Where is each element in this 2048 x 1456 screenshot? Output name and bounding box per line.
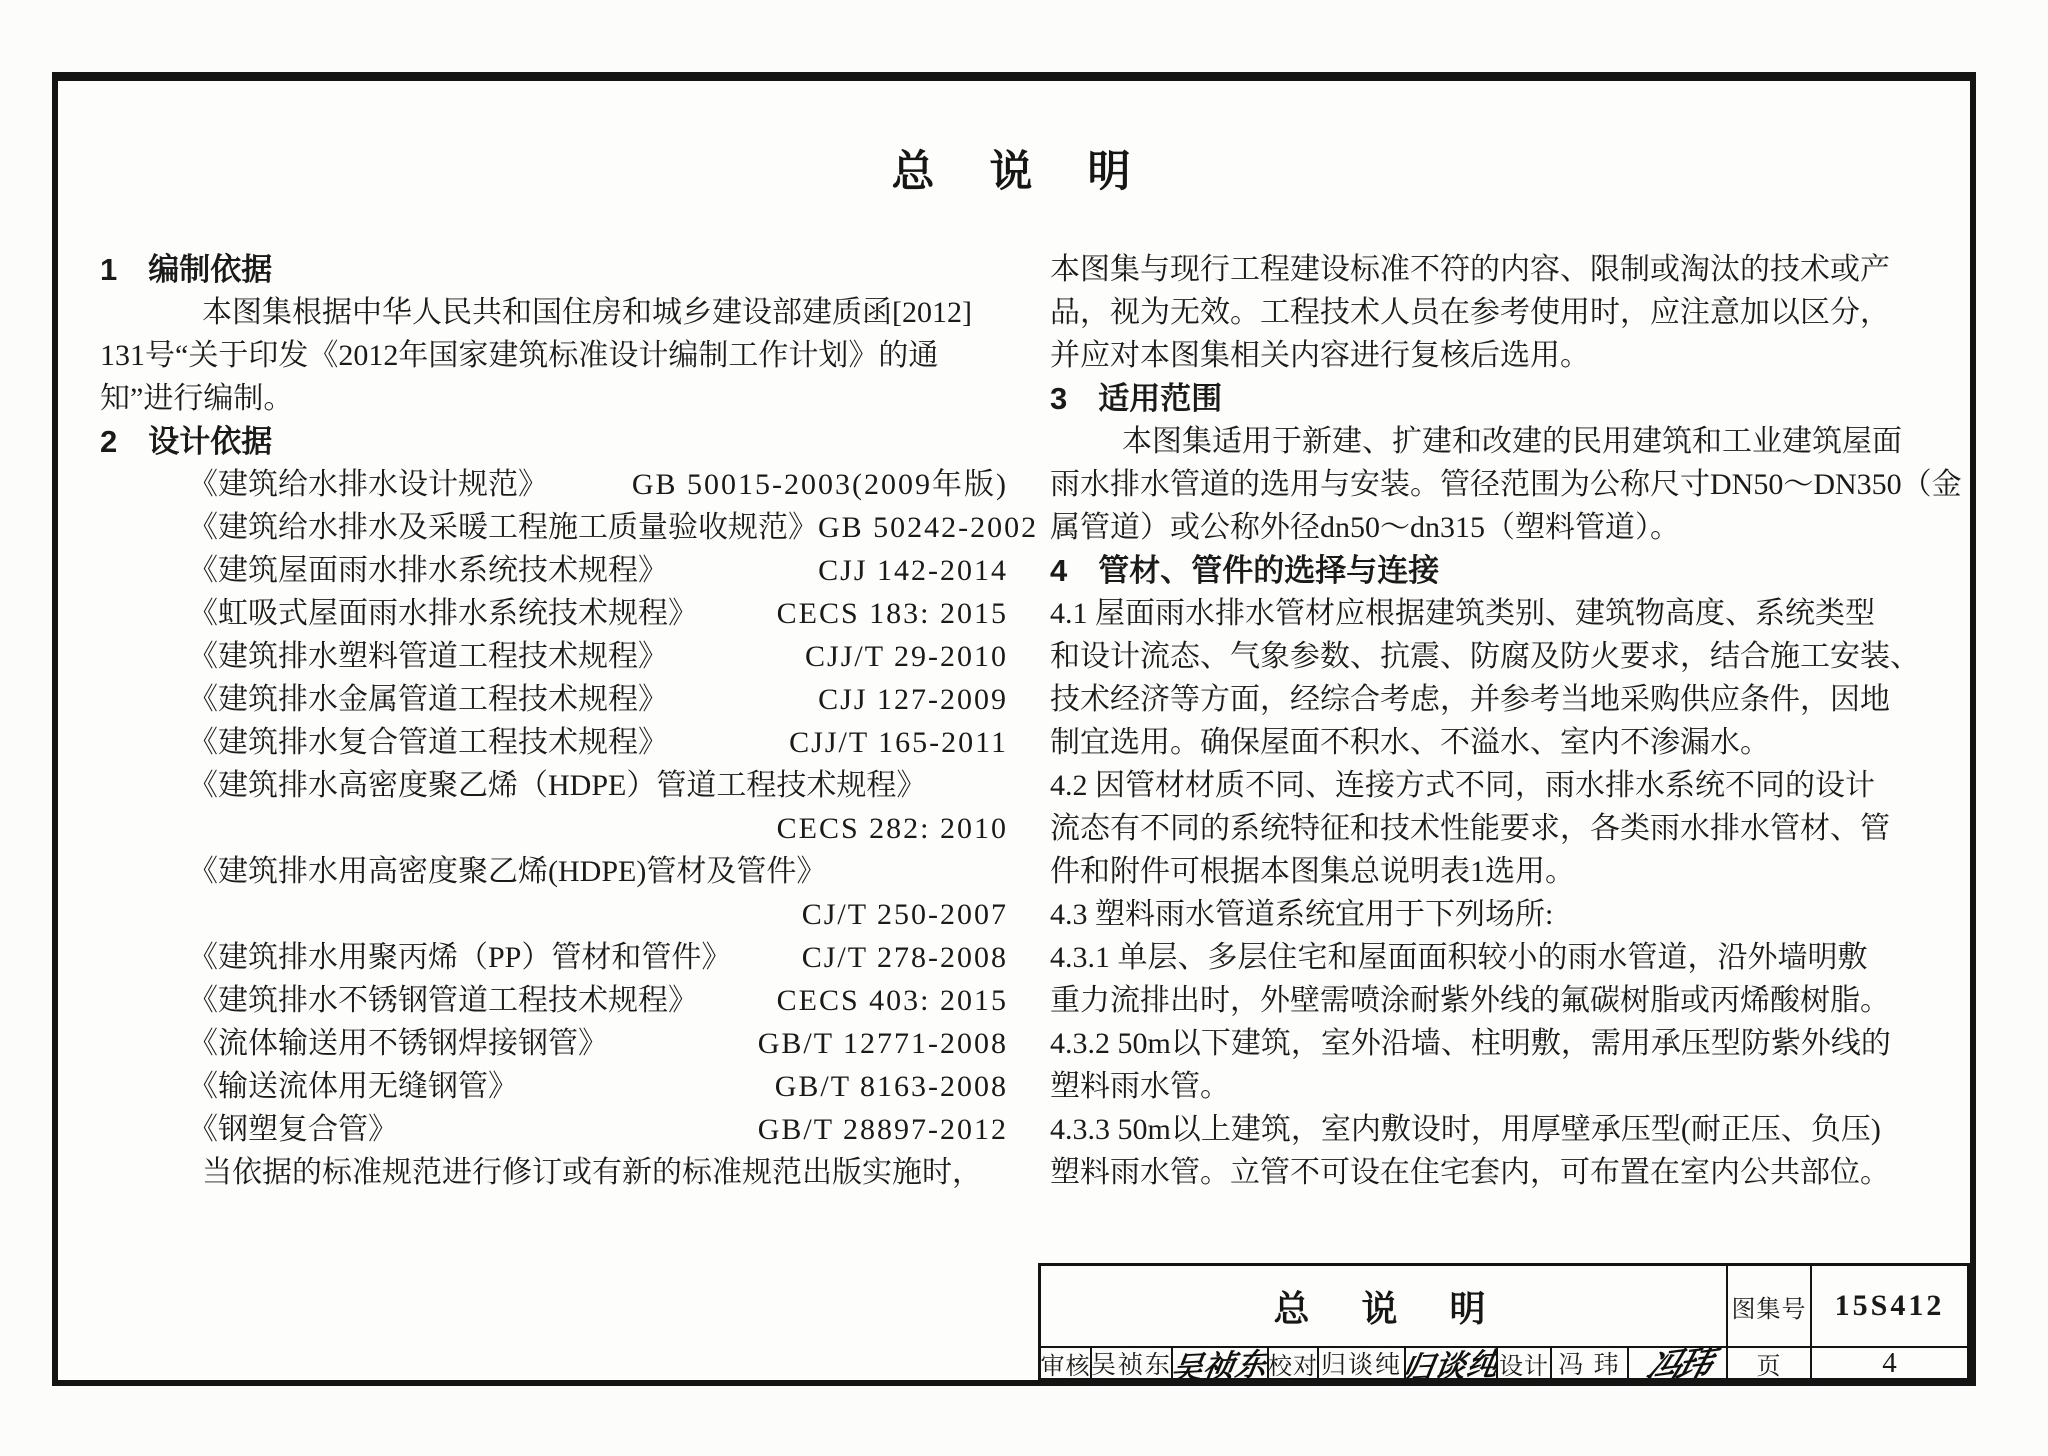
standard-name: 《建筑排水用高密度聚乙烯(HDPE)管材及管件》	[188, 850, 826, 893]
left-text-column: 1 编制依据本图集根据中华人民共和国住房和城乡建设部建质函[2012]131号“…	[100, 248, 1008, 1194]
standard-code: GB/T 8163-2008	[775, 1065, 1008, 1108]
standard-name: 《钢塑复合管》	[188, 1108, 398, 1151]
designer-signature-text: 冯玮	[1637, 1346, 1717, 1378]
text-line: 《输送流体用无缝钢管》GB/T 8163-2008	[100, 1065, 1008, 1108]
text-line: 雨水排水管道的选用与安装。管径范围为公称尺寸DN50～DN350（金	[1050, 463, 1962, 506]
text-line: 知”进行编制。	[100, 377, 1008, 420]
text-line: 《钢塑复合管》GB/T 28897-2012	[100, 1108, 1008, 1151]
standard-code: CJ/T 278-2008	[802, 936, 1008, 979]
text-line: 本图集适用于新建、扩建和改建的民用建筑和工业建筑屋面	[1050, 420, 1962, 463]
text-line: 《建筑排水不锈钢管道工程技术规程》CECS 403: 2015	[100, 979, 1008, 1022]
text-line: 并应对本图集相关内容进行复核后选用。	[1050, 334, 1962, 377]
standard-name: 《建筑给水排水及采暖工程施工质量验收规范》	[188, 506, 818, 549]
text-line: 制宜选用。确保屋面不积水、不溢水、室内不渗漏水。	[1050, 721, 1962, 764]
text-line: 品，视为无效。工程技术人员在参考使用时，应注意加以区分，	[1050, 291, 1962, 334]
standard-name: 《流体输送用不锈钢焊接钢管》	[188, 1022, 608, 1065]
text-line: 技术经济等方面，经综合考虑，并参考当地采购供应条件，因地	[1050, 678, 1962, 721]
standard-name: 《输送流体用无缝钢管》	[188, 1065, 518, 1108]
scanned-sheet: { "page_title": "总 说 明", "left_column": …	[0, 0, 2048, 1456]
text-line: 属管道）或公称外径dn50～dn315（塑料管道）。	[1050, 506, 1962, 549]
text-line: 当依据的标准规范进行修订或有新的标准规范出版实施时，	[100, 1151, 1008, 1194]
text-line: 《建筑屋面雨水排水系统技术规程》CJJ 142-2014	[100, 549, 1008, 592]
text-line: 4.3.1 单层、多层住宅和屋面面积较小的雨水管道，沿外墙明敷	[1050, 936, 1962, 979]
page-title: 总 说 明	[58, 138, 1970, 199]
atlas-number-value: 15S412	[1810, 1266, 1967, 1346]
right-text-column: 本图集与现行工程建设标准不符的内容、限制或淘汰的技术或产品，视为无效。工程技术人…	[1050, 248, 1962, 1194]
designer-name: 冯 玮	[1550, 1346, 1627, 1378]
standard-code: CJJ 127-2009	[818, 678, 1008, 721]
text-line: CJ/T 250-2007	[100, 893, 1008, 936]
standard-code: CJ/T 250-2007	[802, 893, 1008, 936]
text-line: 本图集与现行工程建设标准不符的内容、限制或淘汰的技术或产	[1050, 248, 1962, 291]
text-line: 《建筑排水用聚丙烯（PP）管材和管件》CJ/T 278-2008	[100, 936, 1008, 979]
standard-name: 《建筑屋面雨水排水系统技术规程》	[188, 549, 668, 592]
text-line: 《虹吸式屋面雨水排水系统技术规程》CECS 183: 2015	[100, 592, 1008, 635]
text-line: 重力流排出时，外壁需喷涂耐紫外线的氟碳树脂或丙烯酸树脂。	[1050, 979, 1962, 1022]
text-line: 《建筑给水排水及采暖工程施工质量验收规范》GB 50242-2002	[100, 506, 1008, 549]
standard-code: CECS 282: 2010	[777, 807, 1008, 850]
standard-code: GB 50242-2002	[818, 506, 1038, 549]
reviewer-name: 吴祯东	[1090, 1346, 1171, 1378]
standard-name: 《建筑给水排水设计规范》	[188, 463, 548, 506]
standard-code: CJJ 142-2014	[818, 549, 1008, 592]
standard-code: GB 50015-2003(2009年版)	[632, 463, 1008, 506]
standard-code: CECS 183: 2015	[777, 592, 1008, 635]
text-line: 4.3.3 50m以上建筑，室内敷设时，用厚壁承压型(耐正压、负压)	[1050, 1108, 1962, 1151]
text-line: 1 编制依据	[100, 248, 1008, 291]
reviewer-signature-text: 吴祯东	[1171, 1346, 1267, 1378]
text-line: 131号“关于印发《2012年国家建筑标准设计编制工作计划》的通	[100, 334, 1008, 377]
reviewer-label: 审核	[1041, 1346, 1090, 1378]
text-line: 《建筑排水塑料管道工程技术规程》CJJ/T 29-2010	[100, 635, 1008, 678]
text-line: 《建筑给水排水设计规范》GB 50015-2003(2009年版)	[100, 463, 1008, 506]
atlas-number-label: 图集号	[1726, 1266, 1810, 1346]
text-line: 4.1 屋面雨水排水管材应根据建筑类别、建筑物高度、系统类型	[1050, 592, 1962, 635]
checker-name: 归谈纯	[1317, 1346, 1404, 1378]
text-line: 4 管材、管件的选择与连接	[1050, 549, 1962, 592]
sheet-frame: 总 说 明 1 编制依据本图集根据中华人民共和国住房和城乡建设部建质函[2012…	[52, 72, 1976, 1386]
text-line: 塑料雨水管。立管不可设在住宅套内，可布置在室内公共部位。	[1050, 1151, 1962, 1194]
text-line: 4.3.2 50m以下建筑，室外沿墙、柱明敷，需用承压型防紫外线的	[1050, 1022, 1962, 1065]
text-line: 《建筑排水复合管道工程技术规程》CJJ/T 165-2011	[100, 721, 1008, 764]
text-line: 和设计流态、气象参数、抗震、防腐及防火要求，结合施工安装、	[1050, 635, 1962, 678]
checker-signature: 归谈纯	[1404, 1346, 1496, 1378]
standard-name: 《虹吸式屋面雨水排水系统技术规程》	[188, 592, 698, 635]
standard-name: 《建筑排水复合管道工程技术规程》	[188, 721, 668, 764]
designer-label: 设计	[1496, 1346, 1550, 1378]
standard-name: 《建筑排水不锈钢管道工程技术规程》	[188, 979, 698, 1022]
standard-name: 《建筑排水高密度聚乙烯（HDPE）管道工程技术规程》	[188, 764, 926, 807]
standard-code: GB/T 12771-2008	[758, 1022, 1008, 1065]
checker-signature-text: 归谈纯	[1404, 1346, 1496, 1378]
designer-signature: 冯玮	[1627, 1346, 1726, 1378]
text-line: 本图集根据中华人民共和国住房和城乡建设部建质函[2012]	[100, 291, 1008, 334]
standard-name: 《建筑排水金属管道工程技术规程》	[188, 678, 668, 721]
text-line: 《建筑排水用高密度聚乙烯(HDPE)管材及管件》	[100, 850, 1008, 893]
text-line: 2 设计依据	[100, 420, 1008, 463]
title-block: 总 说 明 图集号 15S412 审核 吴祯东 吴祯东 校对 归谈纯 归谈纯 设…	[1038, 1263, 1970, 1381]
text-line: 《建筑排水金属管道工程技术规程》CJJ 127-2009	[100, 678, 1008, 721]
standard-name: 《建筑排水塑料管道工程技术规程》	[188, 635, 668, 678]
reviewer-signature: 吴祯东	[1171, 1346, 1267, 1378]
text-line: 件和附件可根据本图集总说明表1选用。	[1050, 850, 1962, 893]
page-number: 4	[1810, 1346, 1967, 1378]
text-line: 流态有不同的系统特征和技术性能要求，各类雨水排水管材、管	[1050, 807, 1962, 850]
page-label: 页	[1726, 1346, 1810, 1378]
text-line: 4.3 塑料雨水管道系统宜用于下列场所:	[1050, 893, 1962, 936]
checker-label: 校对	[1267, 1346, 1317, 1378]
standard-name: 《建筑排水用聚丙烯（PP）管材和管件》	[188, 936, 731, 979]
text-line: 塑料雨水管。	[1050, 1065, 1962, 1108]
text-line: 4.2 因管材材质不同、连接方式不同，雨水排水系统不同的设计	[1050, 764, 1962, 807]
text-line: 《流体输送用不锈钢焊接钢管》GB/T 12771-2008	[100, 1022, 1008, 1065]
text-line: 3 适用范围	[1050, 377, 1962, 420]
title-block-drawing-title: 总 说 明	[1041, 1266, 1726, 1346]
standard-code: CJJ/T 165-2011	[789, 721, 1008, 764]
text-line: 《建筑排水高密度聚乙烯（HDPE）管道工程技术规程》	[100, 764, 1008, 807]
text-line: CECS 282: 2010	[100, 807, 1008, 850]
standard-code: CECS 403: 2015	[777, 979, 1008, 1022]
standard-code: CJJ/T 29-2010	[805, 635, 1008, 678]
standard-code: GB/T 28897-2012	[758, 1108, 1008, 1151]
